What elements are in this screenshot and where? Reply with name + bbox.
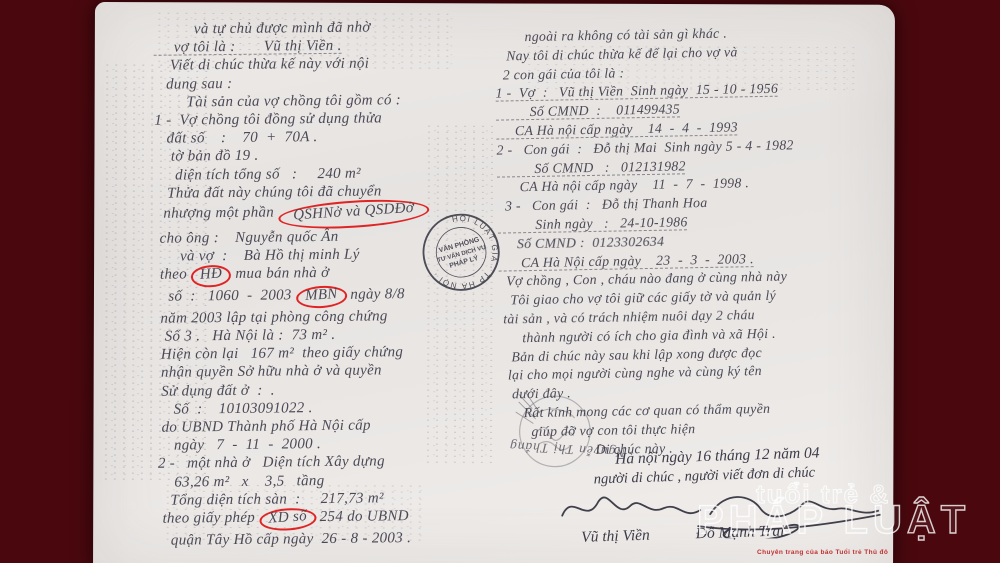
watermark-phap-luat: PHÁP LUẬT <box>697 498 970 543</box>
signer-name-1: Vũ thị Viền <box>581 527 650 547</box>
red-circle-annotation: MBN <box>295 284 347 309</box>
photo-background: và tự chủ được mình đã nhờ vợ tôi là : V… <box>0 0 1000 563</box>
red-circle-annotation: XD số <box>258 507 316 532</box>
handwritten-line: quận Tây Hồ cấp ngày 26 - 8 - 2003 . <box>159 528 524 550</box>
watermark-tagline: Chuyên trang của báo Tuổi trẻ Thủ đô <box>757 549 888 556</box>
red-circle-annotation: HĐ <box>190 264 232 288</box>
red-circle-annotation: QSHNở và QSDĐở <box>277 196 429 232</box>
